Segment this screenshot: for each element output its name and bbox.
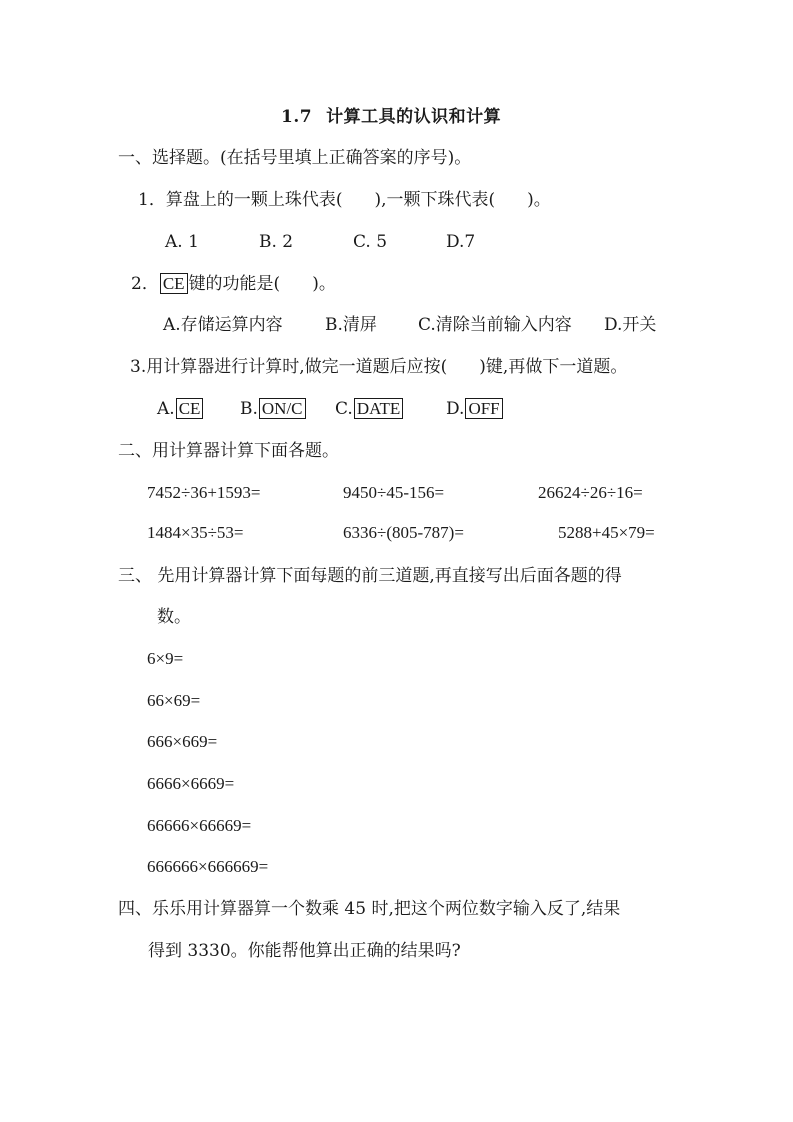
ce-key-icon: CE <box>160 273 188 294</box>
option-c: C.DATE <box>335 398 404 420</box>
question-text: )键,再做下一道题。 <box>479 357 627 377</box>
section2-heading: 二、用计算器计算下面各题。 <box>118 440 339 462</box>
option-label: D. <box>446 399 464 419</box>
question-text: )。 <box>527 190 551 210</box>
date-key-icon: DATE <box>354 398 403 419</box>
question-text: 算盘上的一颗上珠代表( <box>166 190 343 210</box>
option-b: B.ON/C <box>240 398 307 420</box>
question-2: 2．CE键的功能是()。 <box>131 273 336 295</box>
pattern-item: 66666×66669= <box>147 815 251 837</box>
question-1: 1．算盘上的一颗上珠代表(),一颗下珠代表()。 <box>138 189 551 211</box>
question-text: 用计算器进行计算时,做完一道题后应按( <box>146 357 447 377</box>
calc-item: 7452÷36+1593= <box>147 482 261 504</box>
option-label: B. <box>240 399 258 419</box>
section4-question: 四、乐乐用计算器算一个数乘 45 时,把这个两位数字输入反了,结果 <box>118 898 620 920</box>
title-number: 1.7 <box>281 107 312 127</box>
question-number: 3. <box>130 357 146 377</box>
section1-heading: 一、选择题。(在括号里填上正确答案的序号)。 <box>118 147 471 169</box>
option-a: A.存储运算内容 <box>163 314 283 336</box>
title-text: 计算工具的认识和计算 <box>326 107 501 127</box>
pattern-item: 666666×666669= <box>147 856 268 878</box>
on-c-key-icon: ON/C <box>259 398 306 419</box>
option-a: A.CE <box>157 398 204 420</box>
ce-key-icon: CE <box>176 398 204 419</box>
pattern-item: 66×69= <box>147 690 200 712</box>
section4-question-cont: 得到 3330。你能帮他算出正确的结果吗? <box>148 940 461 962</box>
option-d: D.开关 <box>604 314 656 336</box>
question-3: 3.用计算器进行计算时,做完一道题后应按()键,再做下一道题。 <box>130 356 627 378</box>
section3-heading: 三、 先用计算器计算下面每题的前三道题,再直接写出后面各题的得 <box>118 565 622 587</box>
question-text: 键的功能是( <box>189 274 281 294</box>
option-d: D.OFF <box>446 398 504 420</box>
question-number: 1． <box>138 190 166 210</box>
calc-item: 9450÷45-156= <box>343 482 444 504</box>
calc-item: 5288+45×79= <box>558 522 655 544</box>
option-d: D.7 <box>446 231 475 253</box>
option-b: B. 2 <box>259 231 293 253</box>
question-number: 2． <box>131 274 159 294</box>
option-b: B.清屏 <box>325 314 377 336</box>
option-a: A. 1 <box>165 231 199 253</box>
section3-heading-cont: 数。 <box>157 606 191 628</box>
option-c: C.清除当前输入内容 <box>418 314 572 336</box>
pattern-item: 6666×6669= <box>147 773 234 795</box>
question-text: ),一颗下珠代表( <box>374 190 495 210</box>
page-title: 1.7计算工具的认识和计算 <box>281 106 501 128</box>
option-c: C. 5 <box>353 231 387 253</box>
question-text: )。 <box>312 274 336 294</box>
option-label: A. <box>157 399 175 419</box>
option-label: C. <box>335 399 353 419</box>
pattern-item: 6×9= <box>147 648 183 670</box>
off-key-icon: OFF <box>465 398 502 419</box>
calc-item: 26624÷26÷16= <box>538 482 643 504</box>
calc-item: 6336÷(805-787)= <box>343 522 464 544</box>
calc-item: 1484×35÷53= <box>147 522 244 544</box>
pattern-item: 666×669= <box>147 731 217 753</box>
